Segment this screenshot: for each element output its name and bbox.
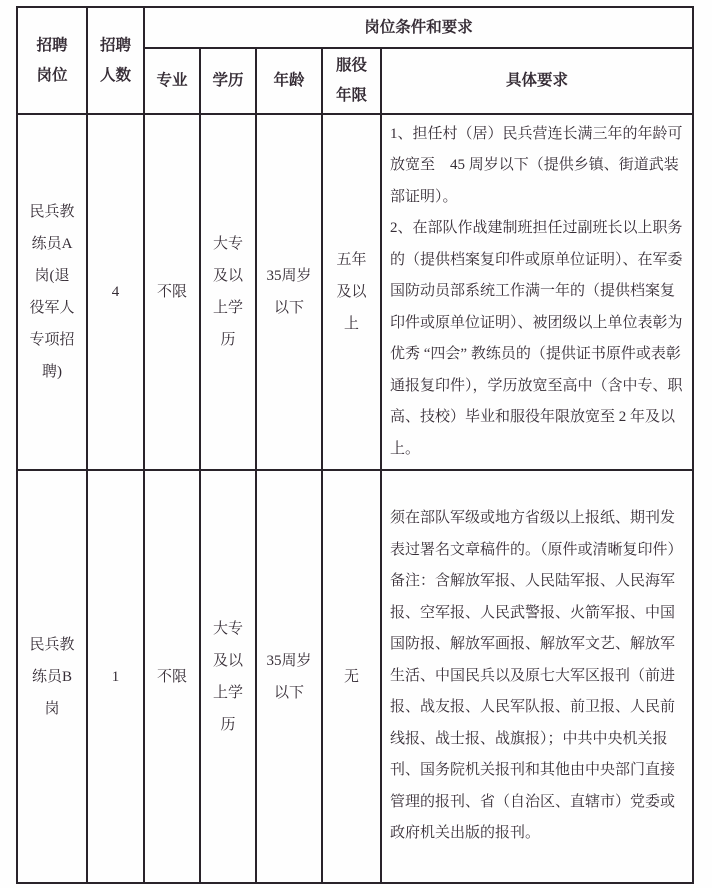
cell-position-a: 民兵教 练员A 岗(退 役军人 专项招 聘): [17, 114, 87, 470]
header-education: 学历: [200, 48, 256, 114]
cell-requirements-b: 须在部队军级或地方省级以上报纸、期刊发表过署名文章稿件的。（原件或清晰复印件） …: [381, 470, 693, 883]
header-count: 招聘 人数: [87, 7, 144, 114]
cell-position-b: 民兵教 练员B 岗: [17, 470, 87, 883]
cell-requirements-a: 1、担任村（居）民兵营连长满三年的年龄可放宽至 45 周岁以下（提供乡镇、街道武…: [381, 114, 693, 470]
header-row-top: 招聘 岗位 招聘 人数 岗位条件和要求: [17, 7, 693, 48]
document-page: 招聘 岗位 招聘 人数 岗位条件和要求 专业 学历 年龄 服役 年限 具体要求 …: [0, 0, 712, 888]
cell-major-b: 不限: [144, 470, 200, 883]
cell-age-b: 35周岁 以下: [256, 470, 322, 883]
cell-education-a: 大专 及以 上学 历: [200, 114, 256, 470]
header-age: 年龄: [256, 48, 322, 114]
cell-education-b: 大专 及以 上学 历: [200, 470, 256, 883]
cell-service-years-b: 无: [322, 470, 381, 883]
cell-major-a: 不限: [144, 114, 200, 470]
table-row-position-a: 民兵教 练员A 岗(退 役军人 专项招 聘) 4 不限 大专 及以 上学 历 3…: [17, 114, 693, 470]
cell-age-a: 35周岁 以下: [256, 114, 322, 470]
header-conditions-group: 岗位条件和要求: [144, 7, 693, 48]
cell-count-b: 1: [87, 470, 144, 883]
table-row-position-b: 民兵教 练员B 岗 1 不限 大专 及以 上学 历 35周岁 以下 无 须在部队…: [17, 470, 693, 883]
header-service-years: 服役 年限: [322, 48, 381, 114]
header-major: 专业: [144, 48, 200, 114]
header-position: 招聘 岗位: [17, 7, 87, 114]
recruitment-requirements-table: 招聘 岗位 招聘 人数 岗位条件和要求 专业 学历 年龄 服役 年限 具体要求 …: [16, 6, 694, 884]
header-requirements: 具体要求: [381, 48, 693, 114]
cell-service-years-a: 五年 及以 上: [322, 114, 381, 470]
cell-count-a: 4: [87, 114, 144, 470]
